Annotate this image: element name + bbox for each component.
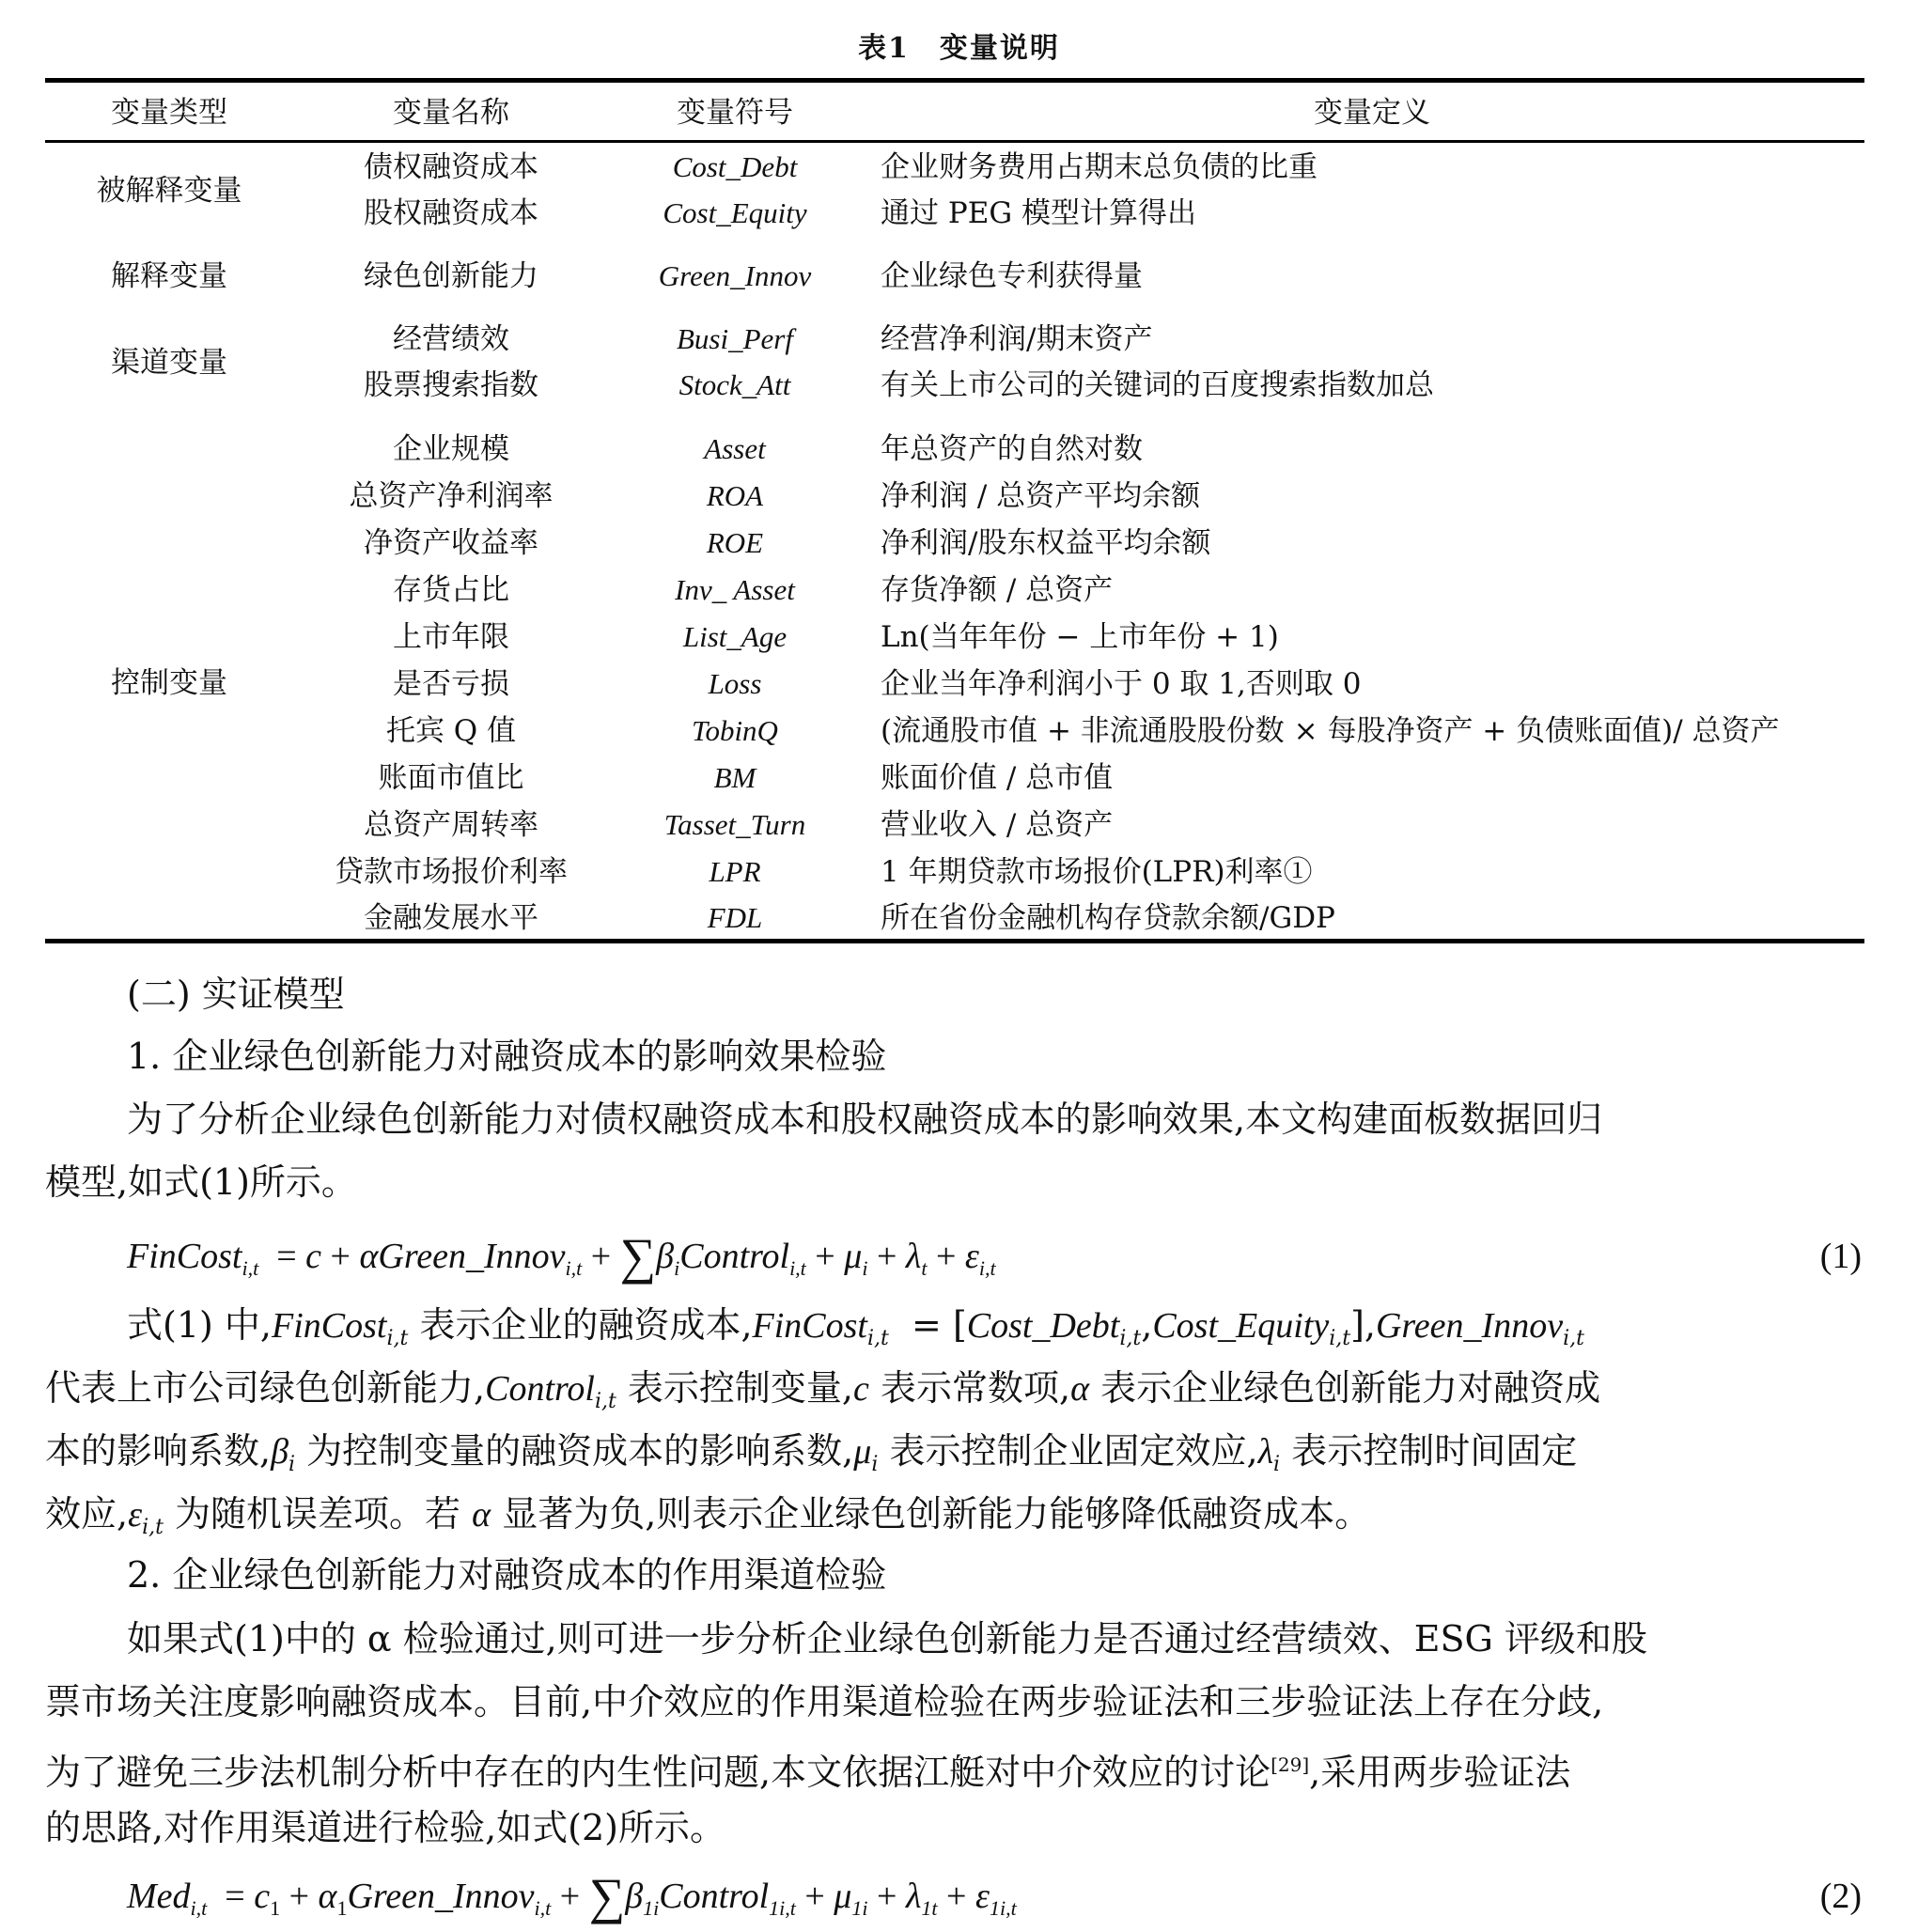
table-bottom-rule xyxy=(45,939,1864,943)
variable-name: 托宾 Q 值 xyxy=(310,712,592,750)
variable-name: 总资产周转率 xyxy=(310,806,592,844)
subsection-heading-1: 1. 企业绿色创新能力对融资成本的影响效果检验 xyxy=(127,1034,1918,1079)
paragraph-2-line-1: 式(1) 中,FinCosti,t 表示企业的融资成本,FinCosti,t =… xyxy=(127,1302,1918,1362)
paragraph-2-line-3: 本的影响系数,βi 为控制变量的融资成本的影响系数,μi 表示控制企业固定效应,… xyxy=(45,1428,1864,1488)
table-top-rule xyxy=(45,78,1864,83)
variable-definition: (流通股市值 + 非流通股股份数 × 每股净资产 + 负债账面值)/ 总资产 xyxy=(881,712,1780,750)
text: 为控制变量的融资成本的影响系数, xyxy=(306,1430,853,1472)
subsection-heading-2: 2. 企业绿色创新能力对融资成本的作用渠道检验 xyxy=(127,1552,1918,1597)
text: 表示企业绿色创新能力对融资成 xyxy=(1100,1367,1600,1409)
variable-name: 上市年限 xyxy=(310,618,592,656)
paragraph-3-line-3: 为了避免三步法机制分析中存在的内生性问题,本文依据江艇对中介效应的讨论[29],… xyxy=(45,1742,1864,1795)
header-category: 变量类型 xyxy=(75,94,263,132)
equation-1: FinCosti,t = c + αGreen_Innovi,t + ∑βiCo… xyxy=(127,1234,996,1291)
section-heading: (二) 实证模型 xyxy=(127,972,1918,1017)
paragraph-1-line-1: 为了分析企业绿色创新能力对债权融资成本和股权融资成本的影响效果,本文构建面板数据… xyxy=(127,1097,1918,1142)
variable-symbol: LPR xyxy=(603,853,866,891)
paragraph-2-line-4: 效应,εi,t 为随机误差项。若 α 显著为负,则表示企业绿色创新能力能够降低融… xyxy=(45,1491,1864,1550)
variable-symbol: Tasset_Turn xyxy=(603,806,866,844)
variable-definition: 净利润 / 总资产平均余额 xyxy=(881,477,1200,515)
variable-symbol: TobinQ xyxy=(603,712,866,750)
text: 显著为负,则表示企业绿色创新能力能够降低融资成本。 xyxy=(502,1493,1370,1535)
variable-symbol: Inv_ Asset xyxy=(603,571,866,609)
table-header-rule xyxy=(45,140,1864,143)
variable-symbol: Loss xyxy=(603,665,866,703)
paragraph-3-line-2: 票市场关注度影响融资成本。目前,中介效应的作用渠道检验在两步验证法和三步验证法上… xyxy=(45,1679,1864,1724)
header-symbol: 变量符号 xyxy=(603,94,866,132)
paragraph-3-line-4: 的思路,对作用渠道进行检验,如式(2)所示。 xyxy=(45,1805,1864,1850)
text: 效应, xyxy=(45,1493,128,1535)
variable-name: 债权融资成本 xyxy=(310,148,592,186)
variable-definition: 经营净利润/期末资产 xyxy=(881,320,1152,358)
text: 本的影响系数, xyxy=(45,1430,271,1472)
variable-definition: 所在省份金融机构存贷款余额/GDP xyxy=(881,899,1335,937)
text: 代表上市公司绿色创新能力, xyxy=(45,1367,485,1409)
paragraph-3-line-1: 如果式(1)中的 α 检验通过,则可进一步分析企业绿色创新能力是否通过经营绩效、… xyxy=(127,1616,1918,1661)
variable-definition: 存货净额 / 总资产 xyxy=(881,571,1113,609)
text: 式(1) 中, xyxy=(127,1304,272,1346)
variable-definition: 年总资产的自然对数 xyxy=(881,430,1143,468)
text: 表示常数项, xyxy=(881,1367,1070,1409)
variable-symbol: FDL xyxy=(603,899,866,937)
variable-definition: 企业当年净利润小于 0 取 1,否则取 0 xyxy=(881,665,1361,703)
variable-symbol: BM xyxy=(603,759,866,797)
variable-definition: 企业绿色专利获得量 xyxy=(881,257,1143,295)
text: 为随机误差项。若 xyxy=(175,1493,460,1535)
variable-definition: 净利润/股东权益平均余额 xyxy=(881,524,1210,562)
variable-symbol: Cost_Equity xyxy=(603,195,866,232)
variable-name: 股权融资成本 xyxy=(310,195,592,232)
variable-name: 金融发展水平 xyxy=(310,899,592,937)
text: 表示控制企业固定效应, xyxy=(889,1430,1257,1472)
variable-symbol: Green_Innov xyxy=(603,257,866,295)
variable-name: 绿色创新能力 xyxy=(310,257,592,295)
equation-2-number: (2) xyxy=(1820,1874,1862,1919)
category-label: 被解释变量 xyxy=(75,172,263,210)
text: 表示控制时间固定 xyxy=(1291,1430,1577,1472)
variable-definition: 1 年期贷款市场报价(LPR)利率① xyxy=(881,853,1313,891)
variable-symbol: Stock_Att xyxy=(603,366,866,404)
variable-name: 总资产净利润率 xyxy=(310,477,592,515)
equation-2: Medi,t = c1 + α1Green_Innovi,t + ∑β1iCon… xyxy=(127,1874,1017,1931)
variable-symbol: ROA xyxy=(603,477,866,515)
variable-name: 是否亏损 xyxy=(310,665,592,703)
variable-name: 贷款市场报价利率 xyxy=(310,853,592,891)
header-definition: 变量定义 xyxy=(1109,94,1635,132)
variable-symbol: ROE xyxy=(603,524,866,562)
category-label: 渠道变量 xyxy=(75,344,263,382)
category-label: 解释变量 xyxy=(75,257,263,295)
paragraph-1-line-2: 模型,如式(1)所示。 xyxy=(45,1160,1864,1205)
variable-name: 净资产收益率 xyxy=(310,524,592,562)
citation-ref[interactable]: [29] xyxy=(1271,1753,1309,1776)
variable-definition: Ln(当年年份 − 上市年份 + 1) xyxy=(881,618,1279,656)
variable-name: 经营绩效 xyxy=(310,320,592,358)
table-title: 表1 变量说明 xyxy=(0,24,1918,66)
variable-definition: 账面价值 / 总市值 xyxy=(881,759,1113,797)
text: 为了避免三步法机制分析中存在的内生性问题,本文依据江艇对中介效应的讨论 xyxy=(45,1752,1271,1793)
variable-symbol: Cost_Debt xyxy=(603,148,866,186)
variable-definition: 企业财务费用占期末总负债的比重 xyxy=(881,148,1318,186)
variable-definition: 营业收入 / 总资产 xyxy=(881,806,1113,844)
variable-symbol: Busi_Perf xyxy=(603,320,866,358)
variable-name: 企业规模 xyxy=(310,430,592,468)
variable-symbol: Asset xyxy=(603,430,866,468)
variable-symbol: List_Age xyxy=(603,618,866,656)
variable-name: 存货占比 xyxy=(310,571,592,609)
text: 表示企业的融资成本, xyxy=(419,1304,752,1346)
variable-name: 股票搜索指数 xyxy=(310,366,592,404)
category-label: 控制变量 xyxy=(75,664,263,702)
variable-definition: 有关上市公司的关键词的百度搜索指数加总 xyxy=(881,366,1434,404)
header-name: 变量名称 xyxy=(310,94,592,132)
variable-definition: 通过 PEG 模型计算得出 xyxy=(881,195,1196,232)
variable-name: 账面市值比 xyxy=(310,759,592,797)
equation-1-number: (1) xyxy=(1820,1234,1862,1279)
text: 表示控制变量, xyxy=(628,1367,853,1409)
text: ,采用两步验证法 xyxy=(1309,1752,1570,1793)
paragraph-2-line-2: 代表上市公司绿色创新能力,Controli,t 表示控制变量,c 表示常数项,α… xyxy=(45,1365,1864,1425)
